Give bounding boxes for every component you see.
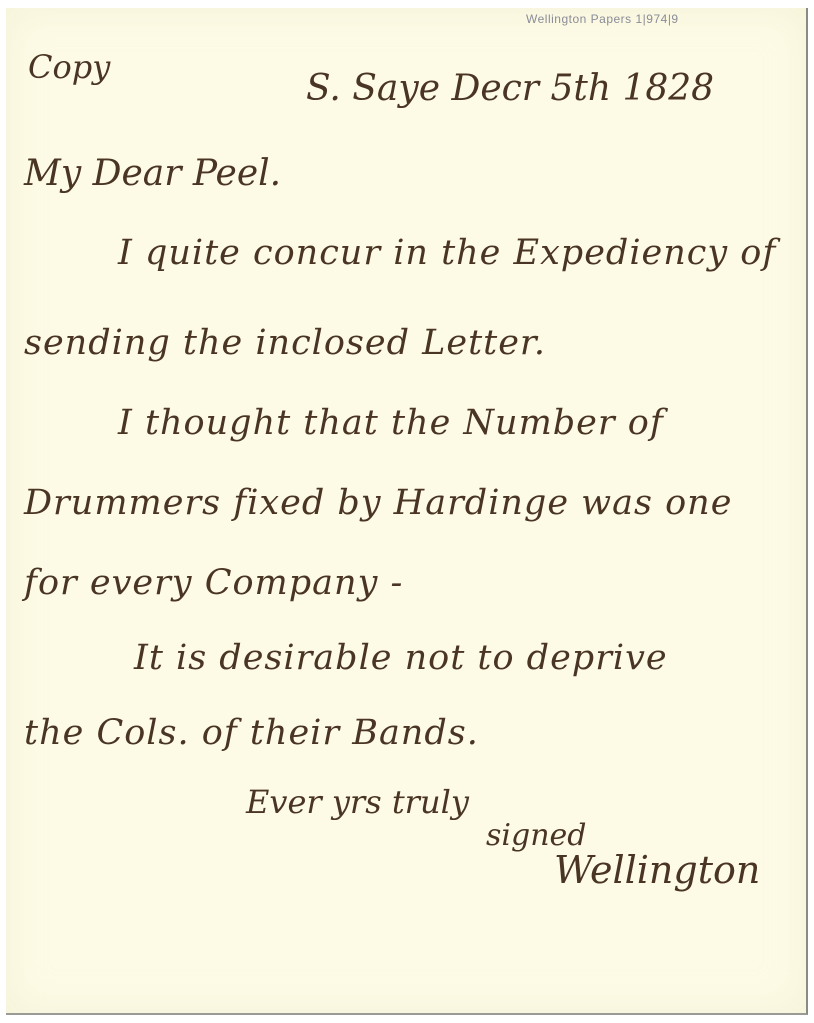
body-line: the Cols. of their Bands. — [24, 713, 479, 753]
body-line: I thought that the Number of — [118, 403, 664, 443]
salutation: My Dear Peel. — [24, 153, 281, 194]
body-line: It is desirable not to deprive — [134, 638, 668, 678]
letter-page: Wellington Papers 1|974|9 Copy S. Saye D… — [6, 8, 808, 1015]
signature: Wellington — [554, 848, 760, 892]
dateline: S. Saye Decr 5th 1828 — [306, 68, 714, 109]
body-line: Drummers fixed by Hardinge was one — [24, 483, 732, 523]
body-line: for every Company - — [24, 563, 403, 603]
archive-reference: Wellington Papers 1|974|9 — [526, 12, 679, 26]
closing: Ever yrs truly — [246, 783, 469, 821]
body-line: sending the inclosed Letter. — [24, 323, 546, 363]
copy-annotation: Copy — [28, 48, 110, 86]
body-line: I quite concur in the Expediency of — [118, 233, 776, 273]
